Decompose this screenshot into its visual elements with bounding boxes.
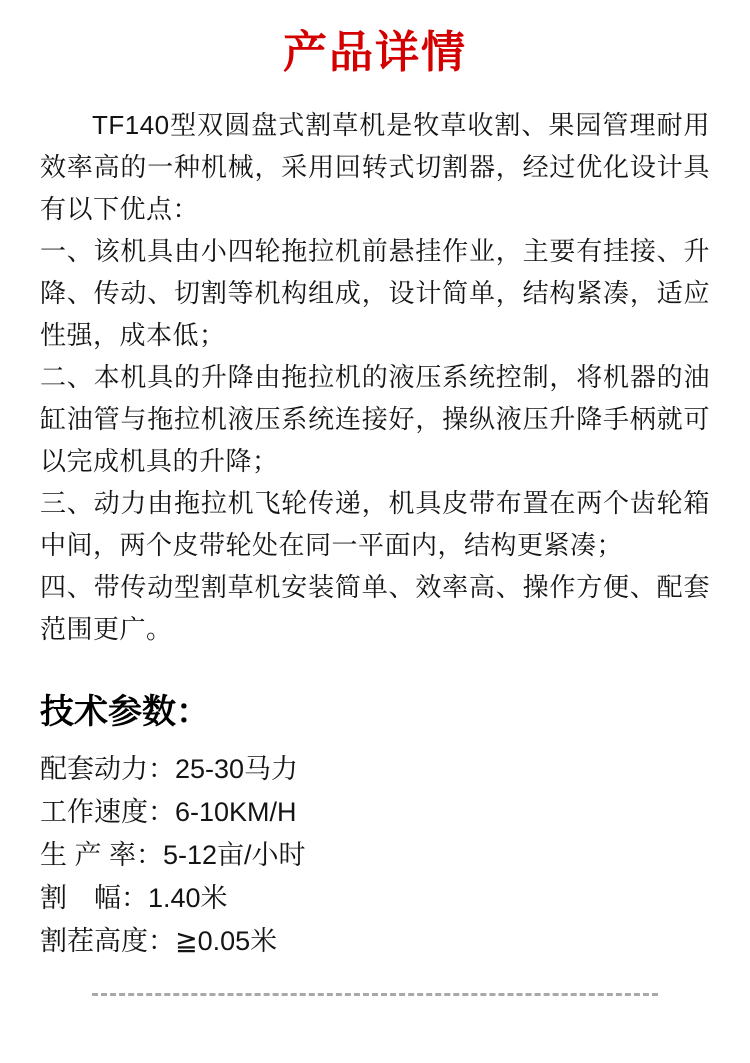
spec-label: 割茬高度：: [40, 926, 175, 956]
spec-value: 6-10KM/H: [175, 797, 297, 827]
specs-heading: 技术参数：: [40, 692, 710, 732]
spec-label: 配套动力：: [40, 754, 175, 784]
feature-item-3: 三、动力由拖拉机飞轮传递，机具皮带布置在两个齿轮箱中间，两个皮带轮处在同一平面内…: [40, 482, 710, 566]
page-title: 产品详情: [40, 26, 710, 80]
spec-value: ≧0.05米: [175, 926, 277, 956]
spec-value: 1.40米: [148, 883, 228, 913]
feature-item-4: 四、带传动型割草机安装简单、效率高、操作方便、配套范围更广。: [40, 566, 710, 650]
intro-paragraph: TF140型双圆盘式割草机是牧草收割、果园管理耐用效率高的一种机械，采用回转式切…: [40, 104, 710, 230]
spec-row-power: 配套动力：25-30马力: [40, 748, 710, 791]
product-detail-page: 产品详情 TF140型双圆盘式割草机是牧草收割、果园管理耐用效率高的一种机械，采…: [0, 0, 750, 1063]
spec-row-speed: 工作速度：6-10KM/H: [40, 791, 710, 834]
spec-row-cutting-width: 割 幅：1.40米: [40, 877, 710, 920]
dashed-divider: [92, 993, 658, 996]
spec-label: 生 产 率：: [40, 840, 163, 870]
spec-label: 工作速度：: [40, 797, 175, 827]
specs-list: 配套动力：25-30马力 工作速度：6-10KM/H 生 产 率：5-12亩/小…: [40, 748, 710, 963]
feature-item-1: 一、该机具由小四轮拖拉机前悬挂作业，主要有挂接、升降、传动、切割等机构组成，设计…: [40, 230, 710, 356]
spec-label: 割 幅：: [40, 883, 148, 913]
spec-row-productivity: 生 产 率：5-12亩/小时: [40, 834, 710, 877]
spec-row-stubble-height: 割茬高度：≧0.05米: [40, 920, 710, 963]
product-description: TF140型双圆盘式割草机是牧草收割、果园管理耐用效率高的一种机械，采用回转式切…: [40, 104, 710, 650]
feature-item-2: 二、本机具的升降由拖拉机的液压系统控制，将机器的油缸油管与拖拉机液压系统连接好，…: [40, 356, 710, 482]
spec-value: 25-30马力: [175, 754, 298, 784]
spec-value: 5-12亩/小时: [163, 840, 306, 870]
